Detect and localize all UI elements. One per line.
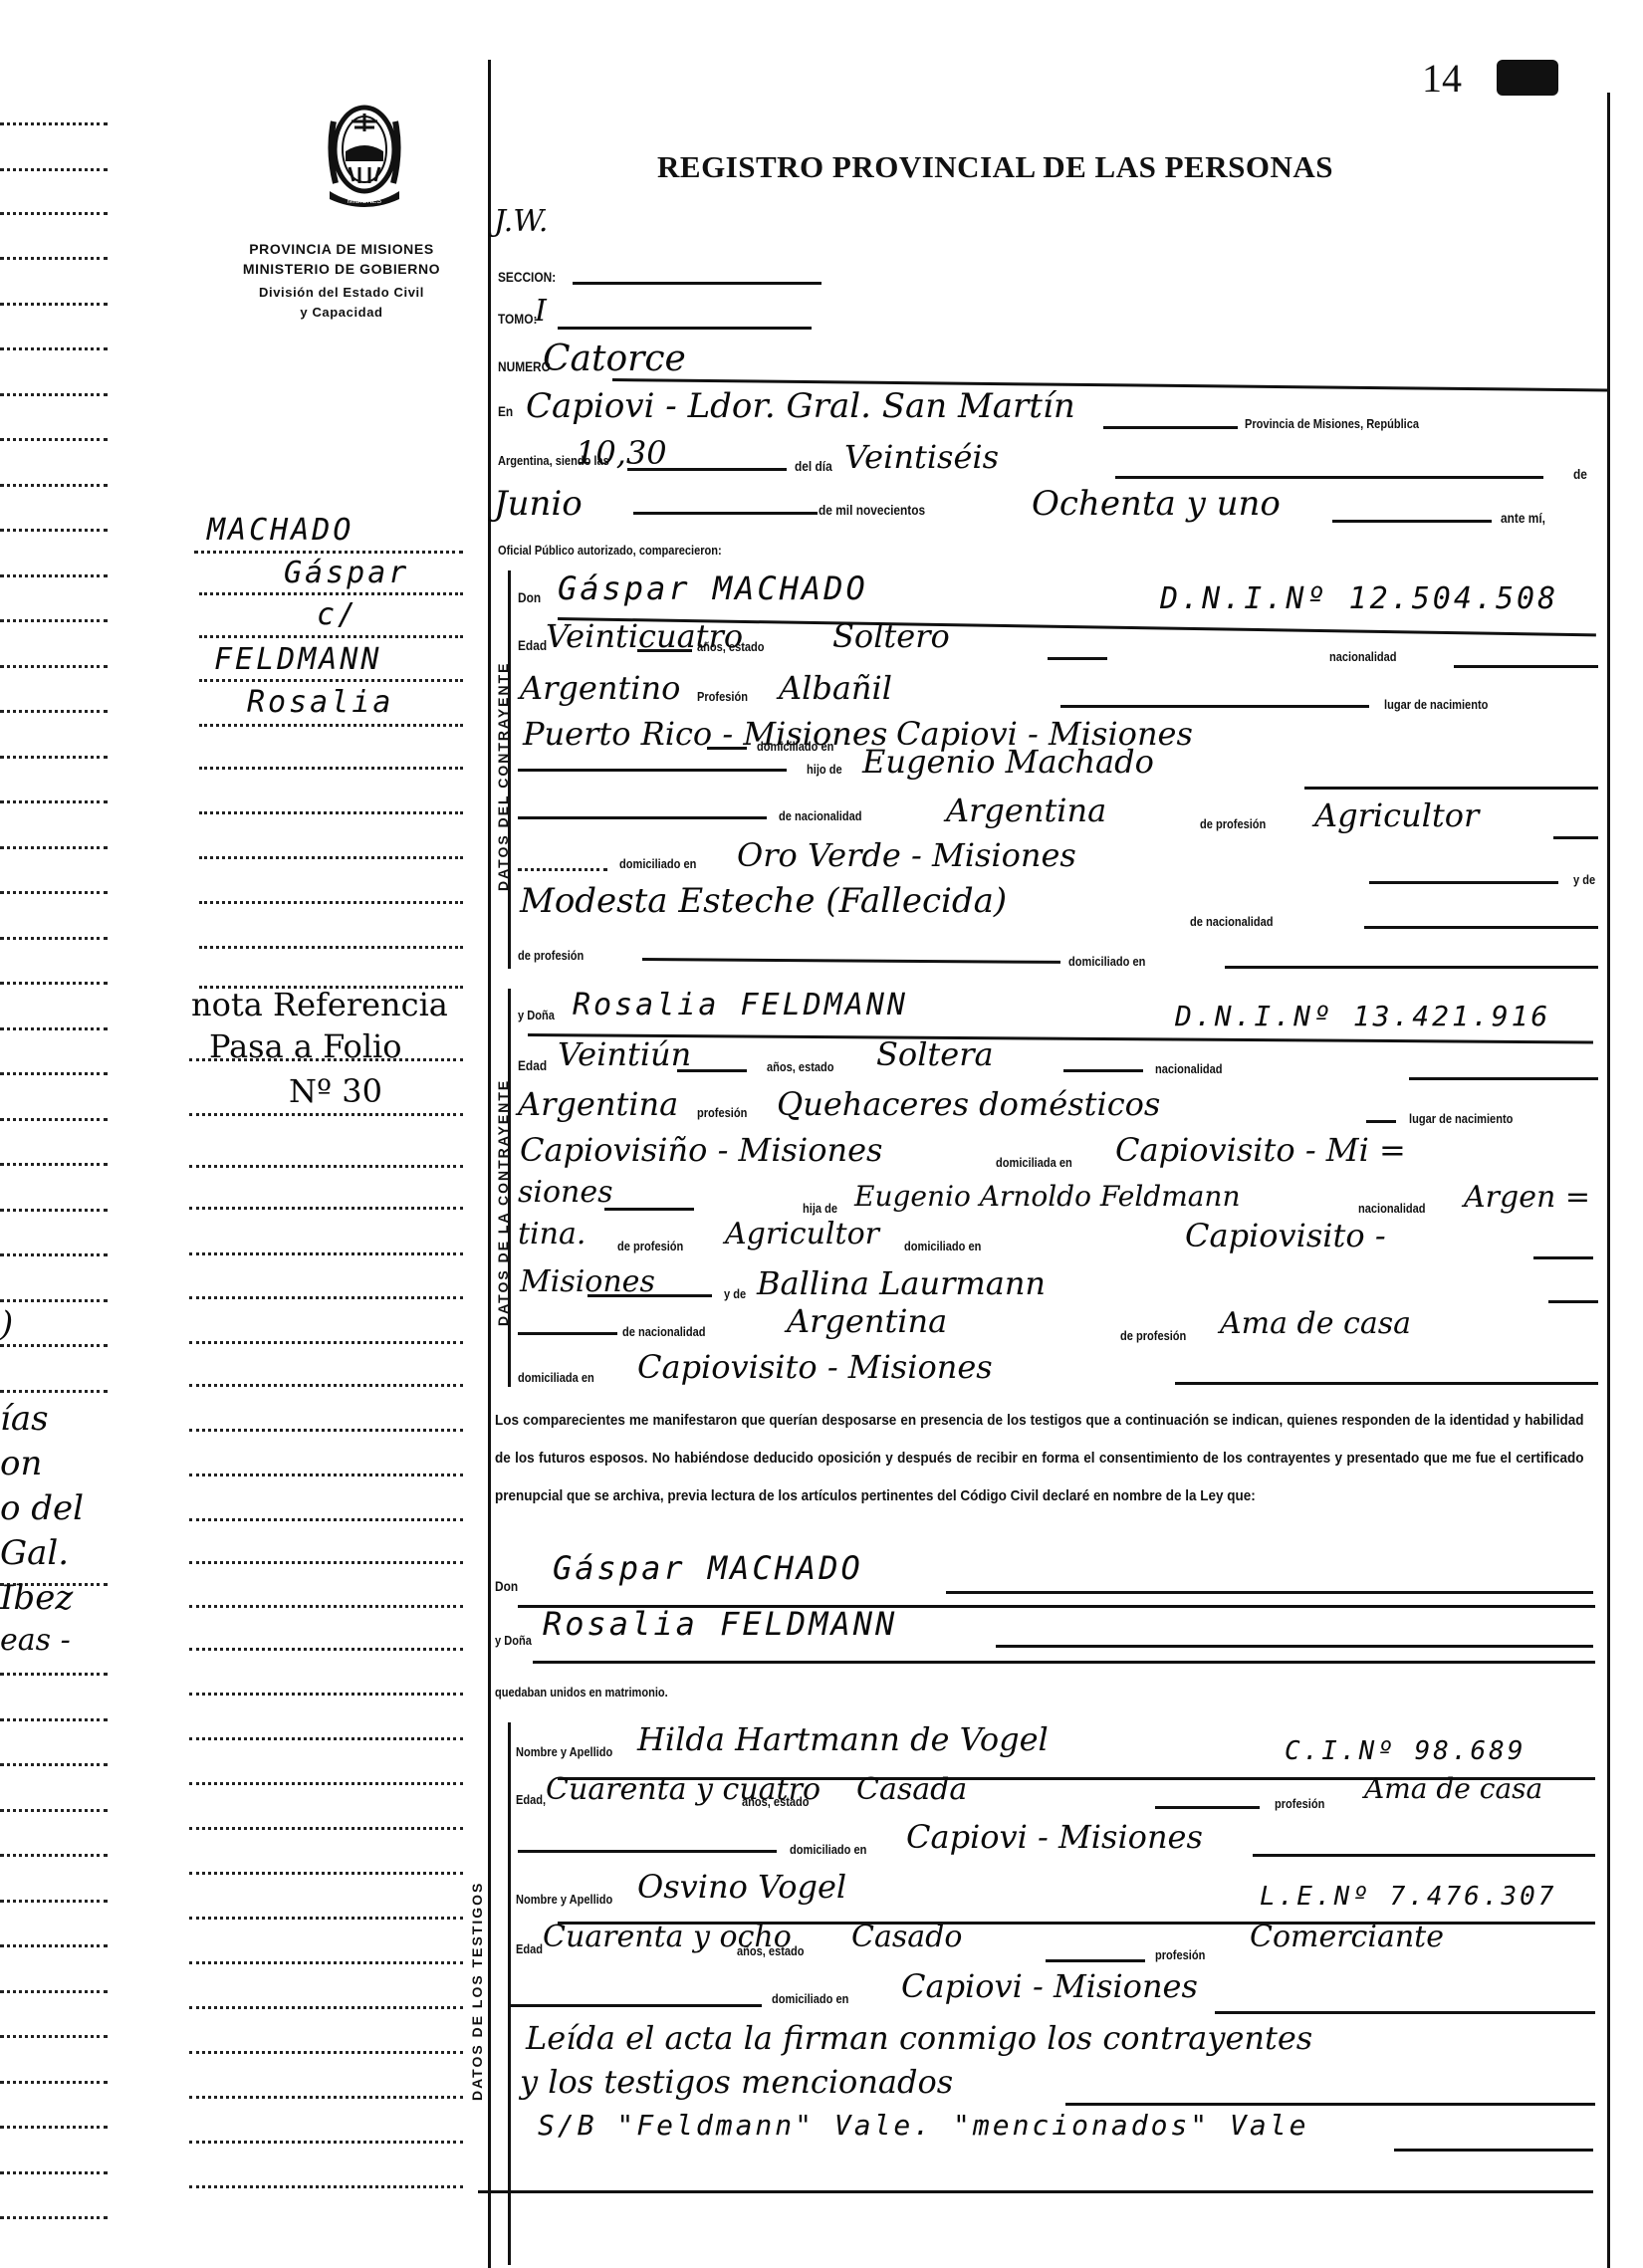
section-label-testigos: DATOS DE LOS TESTIGOS xyxy=(469,1882,485,2101)
margin-dotted-line xyxy=(189,1872,463,1875)
svg-text:MISIONES: MISIONES xyxy=(348,198,382,205)
page-title: REGISTRO PROVINCIAL DE LAS PERSONAS xyxy=(657,149,1333,185)
padre-dom-label: domiciliado en xyxy=(619,856,696,871)
margin-dotted-line xyxy=(199,592,463,595)
padre-nac-label-f: nacionalidad xyxy=(1358,1201,1426,1216)
witness1-doc: C.I.Nº 98.689 xyxy=(1285,1736,1526,1766)
margin-dotted-line xyxy=(189,1341,463,1344)
margin-dotted-line xyxy=(189,1737,463,1740)
section-divider xyxy=(508,1722,511,2265)
margin-dotted-line xyxy=(189,1252,463,1255)
bride-padre: Eugenio Arnoldo Feldmann xyxy=(854,1180,1241,1213)
margin-dotted-line xyxy=(199,724,463,727)
margin-name-bride: Rosalia xyxy=(247,685,393,720)
ante-label: ante mí, xyxy=(1501,510,1545,526)
margin-dotted-line xyxy=(0,619,108,622)
groom-padre-nac: Argentina xyxy=(946,792,1106,829)
mil-label: de mil novecientos xyxy=(819,502,925,518)
margin-dotted-line xyxy=(189,2185,463,2188)
margin-fragment: Gal. xyxy=(0,1533,69,1573)
margin-dotted-line xyxy=(189,1113,463,1116)
margin-dotted-line xyxy=(0,1854,108,1857)
margin-dotted-line xyxy=(199,635,463,638)
bride-lugar: Capiovisiño - Misiones xyxy=(520,1131,882,1169)
margin-fragment: eas - xyxy=(0,1623,71,1658)
padre-field[interactable] xyxy=(1304,787,1598,790)
margin-dotted-line xyxy=(0,2216,108,2219)
bride-dni: D.N.I.Nº 13.421.916 xyxy=(1175,1000,1550,1032)
domicilio-field-f[interactable] xyxy=(604,1208,694,1211)
margin-dotted-line xyxy=(0,529,108,532)
margin-dotted-line xyxy=(0,2126,108,2129)
margin-dotted-line xyxy=(189,1384,463,1387)
domicilio-label-f: domiciliada en xyxy=(996,1155,1072,1170)
dia-field[interactable] xyxy=(1115,476,1543,479)
madre-dom-label: domiciliado en xyxy=(1068,954,1145,969)
madre-nac-label-f: de nacionalidad xyxy=(622,1324,706,1339)
margin-dotted-line xyxy=(0,1344,108,1347)
anio-field[interactable] xyxy=(1332,520,1492,523)
margin-dotted-line xyxy=(189,1165,463,1168)
witness1-estado: Casada xyxy=(856,1772,967,1807)
bride-madre-nac: Argentina xyxy=(787,1302,947,1340)
margin-fragment: Ibez xyxy=(0,1578,73,1618)
declaration-paragraph: Los comparecientes me manifestaron que q… xyxy=(495,1402,1584,1515)
margin-dotted-line xyxy=(189,1693,463,1696)
margin-note-line3: Nº 30 xyxy=(289,1072,382,1110)
tomo-label: TOMO: xyxy=(498,311,537,327)
margin-dotted-line xyxy=(189,1474,463,1476)
nacionalidad-label-f: nacionalidad xyxy=(1155,1061,1223,1076)
groom-padre-prof: Agricultor xyxy=(1314,796,1479,834)
anios-label-f: años, estado xyxy=(767,1059,834,1074)
madre-nac-label: de nacionalidad xyxy=(1190,914,1274,929)
margin-dotted-line xyxy=(0,2171,108,2174)
margin-dotted-line xyxy=(0,1253,108,1256)
witness2-name: Osvino Vogel xyxy=(637,1868,846,1906)
t1-edad-label: Edad, xyxy=(516,1792,546,1807)
margin-dotted-line xyxy=(0,212,108,215)
y-de-label-f: y de xyxy=(724,1286,746,1301)
en-label: En xyxy=(498,403,513,419)
bride-padre-nac-1: Argen = xyxy=(1464,1180,1590,1215)
margin-dotted-line xyxy=(0,2081,108,2084)
margin-dotted-line xyxy=(0,1163,108,1166)
witness2-doc: L.E.Nº 7.476.307 xyxy=(1260,1882,1556,1912)
seccion-field[interactable] xyxy=(573,282,821,285)
t1-dom-label: domiciliado en xyxy=(790,1842,866,1857)
margin-dotted-line xyxy=(0,756,108,759)
margin-surname-groom: MACHADO xyxy=(207,513,353,548)
margin-note-line1: nota Referencia xyxy=(191,986,448,1023)
margin-dotted-line xyxy=(0,1390,108,1393)
margin-dotted-line xyxy=(0,1763,108,1766)
t2-prof-label: profesión xyxy=(1155,1947,1205,1962)
witness2-dom-line xyxy=(508,2004,762,2007)
padre-dom-field-f[interactable] xyxy=(1533,1256,1593,1259)
witness1-estado-field[interactable] xyxy=(1155,1806,1260,1809)
margin-dotted-line xyxy=(199,946,463,949)
oficial-label: Oficial Público autorizado, compareciero… xyxy=(498,543,722,558)
margin-dotted-line xyxy=(0,574,108,577)
left-frame-border xyxy=(488,60,491,2268)
margin-dotted-line xyxy=(0,393,108,396)
t1-anios-label: años, estado xyxy=(742,1794,810,1809)
witness1-dom: Capiovi - Misiones xyxy=(906,1818,1203,1856)
padre-nac-label: de nacionalidad xyxy=(779,808,862,823)
lugar-field[interactable] xyxy=(707,747,747,750)
seccion-label: SECCION: xyxy=(498,269,556,285)
madre-dom-field-f[interactable] xyxy=(1175,1382,1598,1385)
hora-value: 10,30 xyxy=(576,434,667,472)
anios-label: años, estado xyxy=(697,639,765,654)
section-label-contrayente-f: DATOS DE LA CONTRAYENTE xyxy=(495,1079,511,1326)
t2-edad-label: Edad xyxy=(516,1941,543,1956)
witness2-dom: Capiovi - Misiones xyxy=(901,1967,1198,2005)
padre-dom-field[interactable] xyxy=(1369,881,1558,884)
margin-note-line2: Pasa a Folio xyxy=(209,1027,402,1065)
lugar-label-f: lugar de nacimiento xyxy=(1409,1111,1513,1126)
margin-dotted-line xyxy=(189,2141,463,2144)
header-capacity: y Capacidad xyxy=(212,303,471,323)
hora-field[interactable] xyxy=(627,468,787,471)
profesion-field[interactable] xyxy=(1060,705,1369,708)
decl-groom-line xyxy=(946,1591,1593,1594)
bride-estado: Soltera xyxy=(876,1035,994,1073)
margin-dotted-line xyxy=(0,1990,108,1993)
madre-prof-field[interactable] xyxy=(642,958,1060,964)
margin-fragment: on xyxy=(0,1444,42,1483)
redacted-stamp xyxy=(1497,60,1558,96)
margin-dotted-line xyxy=(199,856,463,859)
margin-dotted-line xyxy=(199,767,463,770)
margin-dotted-line xyxy=(0,710,108,713)
groom-estado: Soltero xyxy=(832,617,950,655)
section-label-contrayente: DATOS DEL CONTRAYENTE xyxy=(495,661,511,891)
madre-nac-line-f xyxy=(518,1332,617,1335)
tomo-value: I xyxy=(535,294,547,329)
margin-dotted-line xyxy=(0,122,108,125)
madre-dom-label-f: domiciliada en xyxy=(518,1370,594,1385)
margin-fragment: o del xyxy=(0,1488,84,1528)
nacionalidad-field[interactable] xyxy=(1454,665,1598,668)
margin-dotted-line xyxy=(0,1118,108,1121)
anio-value: Ochenta y uno xyxy=(1032,484,1281,524)
right-frame-border xyxy=(1607,93,1610,2268)
madre-field-f[interactable] xyxy=(1548,1300,1598,1303)
t1-prof-label: profesión xyxy=(1275,1796,1324,1811)
madre-prof-label: de profesión xyxy=(518,948,584,963)
groom-nacionalidad: Argentino xyxy=(520,669,680,707)
margin-dotted-line xyxy=(0,484,108,487)
t1-nombre-label: Nombre y Apellido xyxy=(516,1744,612,1759)
domicilio-label: domiciliado en xyxy=(757,739,833,754)
bride-edad: Veintiún xyxy=(558,1035,691,1073)
y-de-line-f xyxy=(587,1294,712,1297)
edad-field-f[interactable] xyxy=(677,1069,747,1072)
witness2-estado: Casado xyxy=(851,1920,962,1954)
dona-label: y Doña xyxy=(518,1008,555,1022)
hijo-label: hijo de xyxy=(807,762,842,777)
closing-note-field-2[interactable] xyxy=(1394,2149,1593,2152)
t2-dom-label: domiciliado en xyxy=(772,1991,848,2006)
dia-label: del día xyxy=(795,458,832,474)
groom-padre: Eugenio Machado xyxy=(862,743,1154,781)
bride-nacionalidad: Argentina xyxy=(518,1085,678,1123)
witness1-prof: Ama de casa xyxy=(1364,1772,1542,1805)
witness2-estado-field[interactable] xyxy=(1046,1959,1145,1962)
de-label: de xyxy=(1573,466,1587,482)
y-de-label: y de xyxy=(1573,872,1595,887)
bride-padre-prof: Agricultor xyxy=(725,1217,879,1251)
margin-dotted-line xyxy=(0,1718,108,1721)
madre-dom-field[interactable] xyxy=(1225,966,1598,969)
padre-prof-label: de profesión xyxy=(1200,816,1266,831)
edad-label: Edad xyxy=(518,637,547,653)
margin-surname-bride: FELDMANN xyxy=(214,642,382,677)
lugar-label: lugar de nacimiento xyxy=(1384,697,1488,712)
decl-bride-underline xyxy=(533,1661,1595,1664)
closing-note-line1: Leída el acta la firman conmigo los cont… xyxy=(526,2019,1312,2057)
margin-dotted-line xyxy=(0,1900,108,1903)
edad-field xyxy=(637,649,692,652)
profesion-field-f[interactable] xyxy=(1366,1120,1396,1123)
witness1-dom-line xyxy=(518,1850,777,1853)
bride-name: Rosalia FELDMANN xyxy=(573,988,908,1022)
margin-dotted-line xyxy=(0,846,108,849)
margin-dotted-line xyxy=(189,1782,463,1785)
margin-dotted-line xyxy=(0,257,108,260)
closing-note-line3: S/B "Feldmann" Vale. "mencionados" Vale xyxy=(538,2109,1308,2142)
witness1-name: Hilda Hartmann de Vogel xyxy=(637,1720,1049,1758)
tomo-field[interactable] xyxy=(558,327,812,330)
decl-groom-name: Gáspar MACHADO xyxy=(553,1549,863,1587)
margin-connector: c/ xyxy=(317,597,358,632)
bride-padre-nac-2: tina. xyxy=(518,1217,586,1251)
witness1-dom-field[interactable] xyxy=(1253,1854,1595,1857)
don-label: Don xyxy=(518,589,541,605)
hijo-field-line xyxy=(518,769,787,772)
witness2-dom-field[interactable] xyxy=(1215,2011,1595,2014)
bride-profesion: Quehaceres domésticos xyxy=(777,1085,1160,1123)
margin-dotted-line xyxy=(189,1917,463,1920)
margin-dotted-line xyxy=(0,1209,108,1212)
header-division: División del Estado Civil xyxy=(212,283,471,303)
margin-dotted-line xyxy=(189,1207,463,1210)
margin-dotted-line xyxy=(189,2006,463,2009)
margin-fragment-arrow: ) xyxy=(0,1304,13,1344)
padre-dom-label-f: domiciliado en xyxy=(904,1239,981,1253)
mes-field[interactable] xyxy=(633,512,818,515)
margin-dotted-line xyxy=(189,1561,463,1564)
final-line xyxy=(478,2190,1593,2193)
groom-name: Gáspar MACHADO xyxy=(558,569,868,607)
dia-value: Veintiséis xyxy=(844,438,999,476)
padre-dom-dots xyxy=(518,868,607,871)
padre-prof-label-f: de profesión xyxy=(617,1239,683,1253)
groom-padre-dom: Oro Verde - Misiones xyxy=(737,836,1076,874)
margin-fragment: ías xyxy=(0,1399,49,1439)
numero-value: Catorce xyxy=(543,339,686,379)
folio-number: 14 xyxy=(1422,55,1462,102)
margin-dotted-line xyxy=(189,1827,463,1830)
margin-dotted-line xyxy=(0,1673,108,1676)
margin-dotted-line xyxy=(0,891,108,894)
profesion-label-f: profesión xyxy=(697,1105,747,1120)
decl-bride-line xyxy=(996,1645,1593,1648)
estado-field-f[interactable] xyxy=(1063,1069,1143,1072)
header-province: PROVINCIA DE MISIONES xyxy=(212,239,471,259)
estado-field[interactable] xyxy=(1048,657,1107,660)
margin-dotted-line xyxy=(0,168,108,171)
groom-profesion: Albañil xyxy=(779,669,892,707)
mes-value: Junio xyxy=(494,484,583,524)
witness2-prof: Comerciante xyxy=(1250,1920,1444,1954)
t2-anios-label: años, estado xyxy=(737,1943,805,1958)
margin-name-groom: Gáspar xyxy=(284,556,409,590)
margin-dotted-line xyxy=(189,1961,463,1964)
padre-nac-line xyxy=(518,816,767,819)
margin-dotted-line xyxy=(0,1944,108,1947)
margin-dotted-line xyxy=(0,347,108,350)
margin-dotted-line xyxy=(0,2035,108,2038)
margin-dotted-line xyxy=(189,1518,463,1521)
margin-dotted-line xyxy=(0,1299,108,1302)
margin-dotted-line xyxy=(0,665,108,668)
margin-dotted-line xyxy=(0,937,108,940)
decl-dona-label: y Doña xyxy=(495,1633,532,1648)
margin-dotted-line xyxy=(189,1648,463,1651)
bride-madre: Ballina Laurmann xyxy=(757,1264,1046,1302)
provincia-label: Provincia de Misiones, República xyxy=(1245,416,1419,431)
bride-madre-dom: Capiovisito - Misiones xyxy=(637,1348,993,1386)
groom-madre: Modesta Esteche (Fallecida) xyxy=(520,881,1007,921)
nacionalidad-label: nacionalidad xyxy=(1329,649,1397,664)
margin-dotted-line xyxy=(189,1605,463,1608)
en-value: Capiovi - Ldor. Gral. San Martín xyxy=(526,386,1075,426)
header-ministry: MINISTERIO DE GOBIERNO xyxy=(212,259,471,279)
closing-note-line2: y los testigos mencionados xyxy=(520,2063,953,2101)
coat-of-arms-icon: MISIONES xyxy=(324,92,405,213)
bride-padre-dom-1: Capiovisito - xyxy=(1185,1217,1386,1254)
bride-madre-prof: Ama de casa xyxy=(1220,1306,1411,1341)
margin-dotted-line xyxy=(189,1429,463,1432)
bride-domicilio-1: Capiovisito - Mi = xyxy=(1115,1131,1406,1169)
groom-dni: D.N.I.Nº 12.504.508 xyxy=(1160,581,1558,616)
madre-nac-field[interactable] xyxy=(1364,926,1598,929)
registrar-initials: J.W. xyxy=(494,204,548,239)
profesion-label: Profesión xyxy=(697,689,748,704)
margin-dotted-line xyxy=(0,303,108,306)
hija-label: hija de xyxy=(803,1201,837,1216)
padre-prof-field[interactable] xyxy=(1553,836,1598,839)
bride-domicilio-2: siones xyxy=(518,1175,613,1210)
en-field[interactable] xyxy=(1103,426,1238,429)
margin-dotted-line xyxy=(189,1296,463,1299)
margin-dotted-line xyxy=(194,551,463,554)
nacionalidad-field-f[interactable] xyxy=(1409,1077,1598,1080)
margin-dotted-line xyxy=(199,679,463,682)
decl-bride-name: Rosalia FELDMANN xyxy=(543,1605,897,1643)
margin-dotted-line xyxy=(0,800,108,803)
decl-don-label: Don xyxy=(495,1578,518,1594)
t2-nombre-label: Nombre y Apellido xyxy=(516,1892,612,1907)
margin-dotted-line xyxy=(0,982,108,985)
margin-dotted-line xyxy=(0,1809,108,1812)
margin-dotted-line xyxy=(0,438,108,441)
margin-dotted-line xyxy=(0,1027,108,1030)
madre-prof-label-f: de profesión xyxy=(1120,1328,1186,1343)
edad-label-f: Edad xyxy=(518,1057,547,1073)
margin-dotted-line xyxy=(199,811,463,814)
decl-closing: quedaban unidos en matrimonio. xyxy=(495,1685,668,1700)
margin-dotted-line xyxy=(189,2096,463,2099)
margin-dotted-line xyxy=(0,1072,108,1075)
closing-note-field[interactable] xyxy=(1065,2103,1595,2106)
margin-dotted-line xyxy=(189,2051,463,2054)
margin-dotted-line xyxy=(199,901,463,904)
